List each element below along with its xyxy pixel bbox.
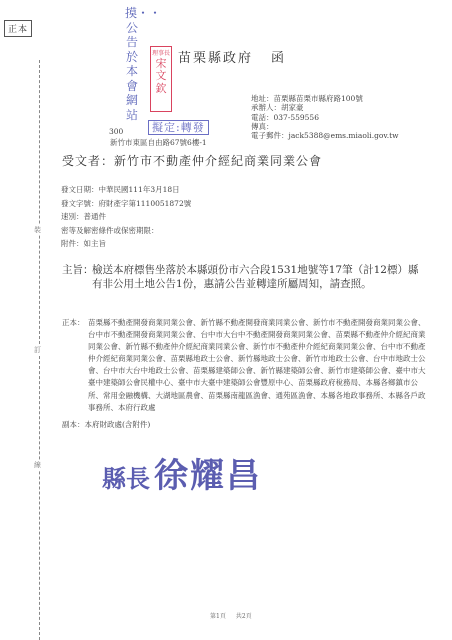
- binding-mark-ding: 訂: [34, 345, 41, 355]
- doc-type: 函: [271, 51, 286, 66]
- magistrate-signature-stamp: 縣長徐耀昌: [102, 448, 262, 497]
- contact-block: 地址：苗栗縣苗栗市縣府路100號 承辦人：胡家豪 電話：037-559556 傳…: [251, 94, 399, 140]
- contact-phone: 電話：037-559556: [251, 113, 399, 122]
- binding-mark-zhuang: 裝: [34, 225, 41, 235]
- original-recipients-text: 苗栗縣不動產開發商業同業公會、新竹縣不動產開發商業同業公會、新竹市不動產開發商業…: [88, 317, 427, 414]
- attachment: 附件：如主旨: [61, 237, 191, 251]
- cc-label: 副本：: [62, 420, 85, 429]
- signature-title: 縣長: [102, 464, 150, 493]
- contact-fax: 傳真：: [251, 122, 399, 131]
- subject-label: 主旨：: [62, 263, 94, 277]
- issuer-header: 苗栗縣政府函: [178, 47, 286, 66]
- receipt-vertical-stamp: 摸・・公告於本會網站: [125, 6, 139, 122]
- secrecy: 密等及解密條件或保密期限：: [61, 224, 191, 238]
- doc-number: 發文字號：府財產字第1110051872號: [61, 197, 191, 211]
- cc: 副本：本府財政處(含附件): [62, 419, 150, 430]
- cc-text: 本府財政處(含附件): [85, 420, 151, 429]
- original-recipients-label: 正本：: [62, 317, 85, 329]
- recipient-address: 新竹市東區自由路67號6樓-1: [110, 137, 207, 148]
- signature-name: 徐耀昌: [154, 456, 262, 496]
- issue-date: 發文日期：中華民國111年3月18日: [61, 183, 191, 197]
- subject: 主旨： 檢送本府標售坐落於本縣頭份市六合段1531地號等17筆（計12標）縣有非…: [62, 263, 422, 291]
- binding-mark-xian: 線: [34, 460, 41, 470]
- original-recipients: 正本： 苗栗縣不動產開發商業同業公會、新竹縣不動產開發商業同業公會、新竹市不動產…: [62, 317, 427, 414]
- page-footer: 第1頁共2頁: [210, 611, 252, 620]
- page-number: 第1頁: [210, 613, 226, 620]
- meta-block: 發文日期：中華民國111年3月18日 發文字號：府財產字第1110051872號…: [61, 183, 191, 251]
- contact-handler: 承辦人：胡家豪: [251, 103, 399, 112]
- page-total: 共2頁: [236, 613, 252, 620]
- forward-box-stamp: 擬定:轉發: [148, 120, 209, 135]
- copy-label: 正本: [4, 20, 32, 37]
- subject-text: 檢送本府標售坐落於本縣頭份市六合段1531地號等17筆（計12標）縣有非公用土地…: [92, 263, 422, 291]
- recipient: 受文者：新竹市不動產仲介經紀商業同業公會: [62, 152, 322, 169]
- contact-address: 地址：苗栗縣苗栗市縣府路100號: [251, 94, 399, 103]
- chairman-red-stamp: 理事長 宋文欽: [150, 46, 172, 112]
- issuer-org-name: 苗栗縣政府: [178, 51, 253, 66]
- red-stamp-name: 宋文欽: [155, 58, 167, 96]
- contact-email: 電子郵件：jack5388@ems.miaoli.gov.tw: [251, 131, 399, 140]
- recipient-zip: 300: [109, 127, 123, 136]
- speed: 速別：普通件: [61, 210, 191, 224]
